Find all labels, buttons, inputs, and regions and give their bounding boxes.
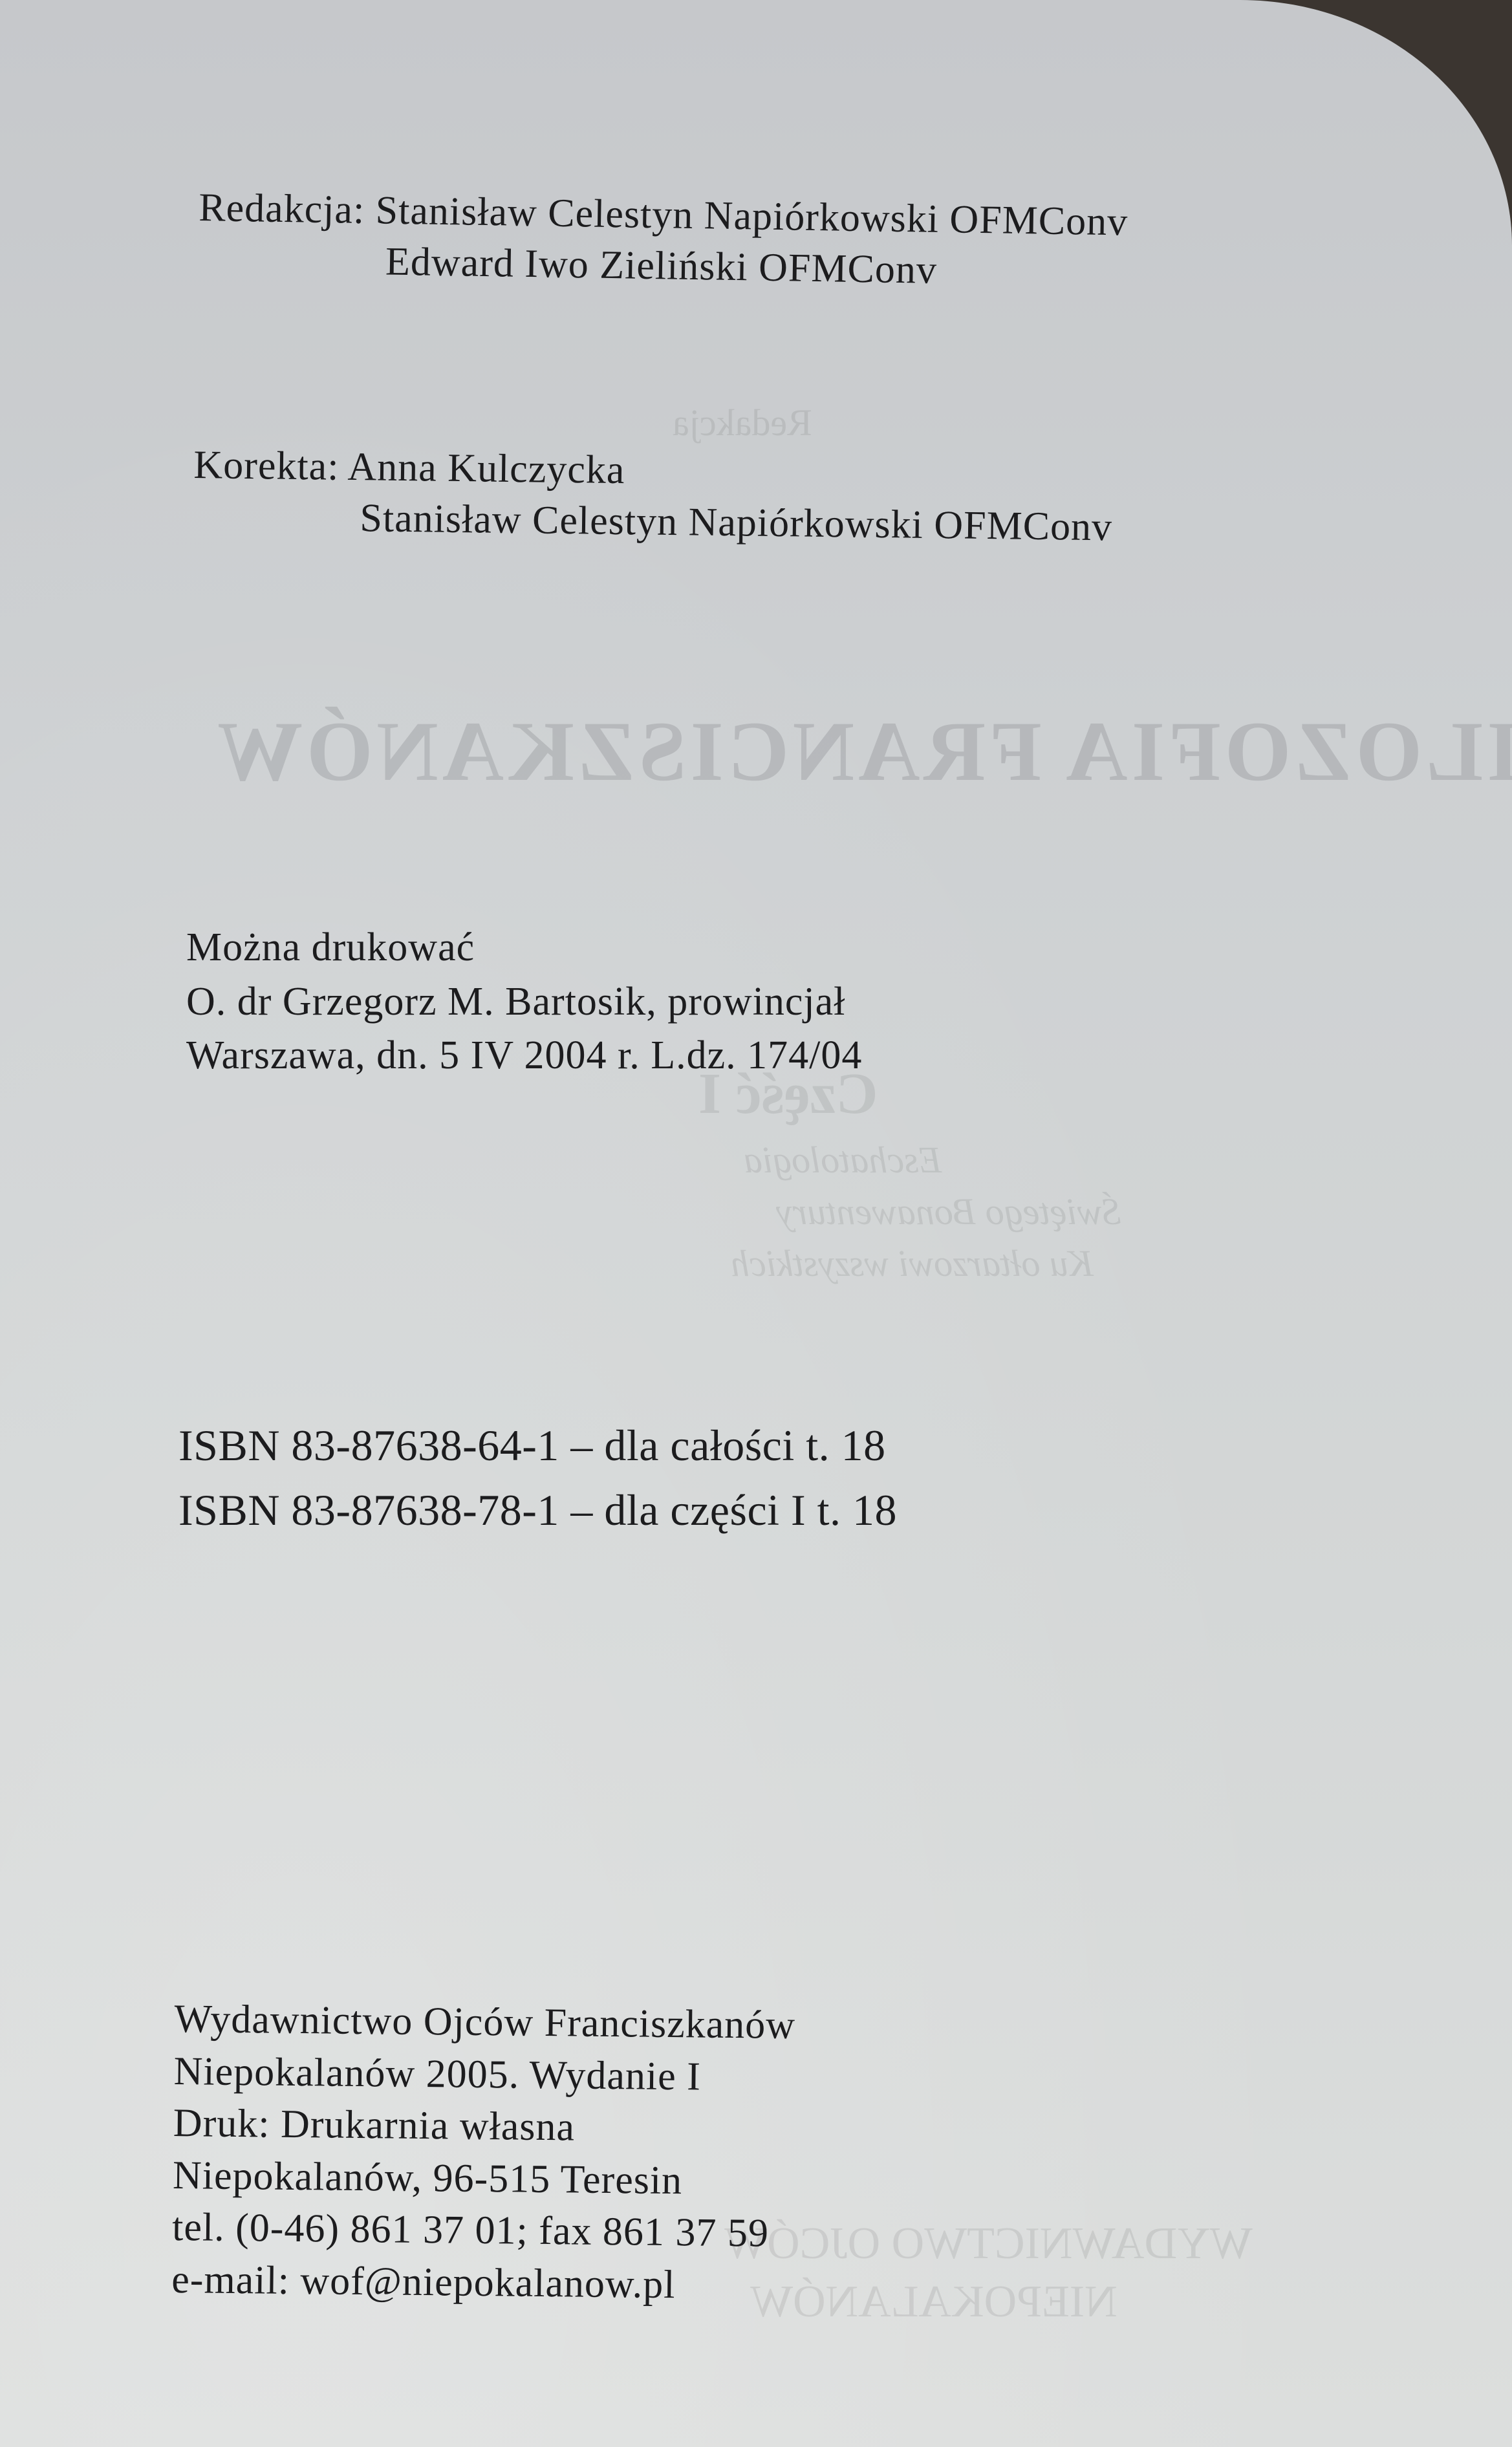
proofreading-block: Korekta: Anna Kulczycka Stanisław Celest… [193,440,1113,554]
imprimatur-line: Można drukować [186,921,862,975]
editors-block: Redakcja: Stanisław Celestyn Napiórkowsk… [198,182,1129,299]
isbn-line: ISBN 83-87638-64-1 – dla całości t. 18 [178,1414,897,1478]
publisher-name: Wydawnictwo Ojców Franciszkanów [174,1993,795,2052]
show-through-line: Świętego Bonawentury [776,1190,1121,1233]
show-through-line: Redakcja [673,401,812,444]
show-through-title: FILOZOFIA FRANCISZKANÓW [213,702,1512,801]
imprimatur-line: Warszawa, dn. 5 IV 2004 r. L.dz. 174/04 [186,1029,862,1083]
publisher-phone-fax: tel. (0-46) 861 37 01; fax 861 37 59 [172,2201,794,2260]
publication-place-edition: Niepokalanów 2005. Wydanie I [173,2045,795,2104]
isbn-line: ISBN 83-87638-78-1 – dla części I t. 18 [178,1478,897,1543]
book-page: FILOZOFIA FRANCISZKANÓW Część I Redakcja… [0,0,1512,2447]
imprimatur-block: Można drukować O. dr Grzegorz M. Bartosi… [186,921,862,1083]
publisher-block: Wydawnictwo Ojców Franciszkanów Niepokal… [171,1993,795,2312]
proofreading-label: Korekta: [193,440,340,493]
editors-label: Redakcja: [199,182,365,236]
proofreader-name: Anna Kulczycka [347,445,625,492]
imprimatur-line: O. dr Grzegorz M. Bartosik, prowincjał [186,975,862,1029]
publisher-address: Niepokalanów, 96-515 Teresin [173,2150,794,2208]
editor-name: Stanisław Celestyn Napiórkowski OFMConv [375,188,1129,244]
show-through-line: Ku ołtarzowi wszystkich [731,1242,1094,1285]
show-through-line: NIEPOKALANÓW [750,2276,1118,2328]
isbn-block: ISBN 83-87638-64-1 – dla całości t. 18 I… [178,1414,897,1543]
printing-info: Druk: Drukarnia własna [173,2097,794,2156]
proofreader-name: Stanisław Celestyn Napiórkowski OFMConv [193,491,1112,554]
show-through-line: Eschatologia [744,1138,942,1181]
show-through-line: WYDAWNICTWO OJCÓW [724,2218,1253,2270]
publisher-email: e-mail: wof@niepokalanow.pl [171,2254,793,2312]
